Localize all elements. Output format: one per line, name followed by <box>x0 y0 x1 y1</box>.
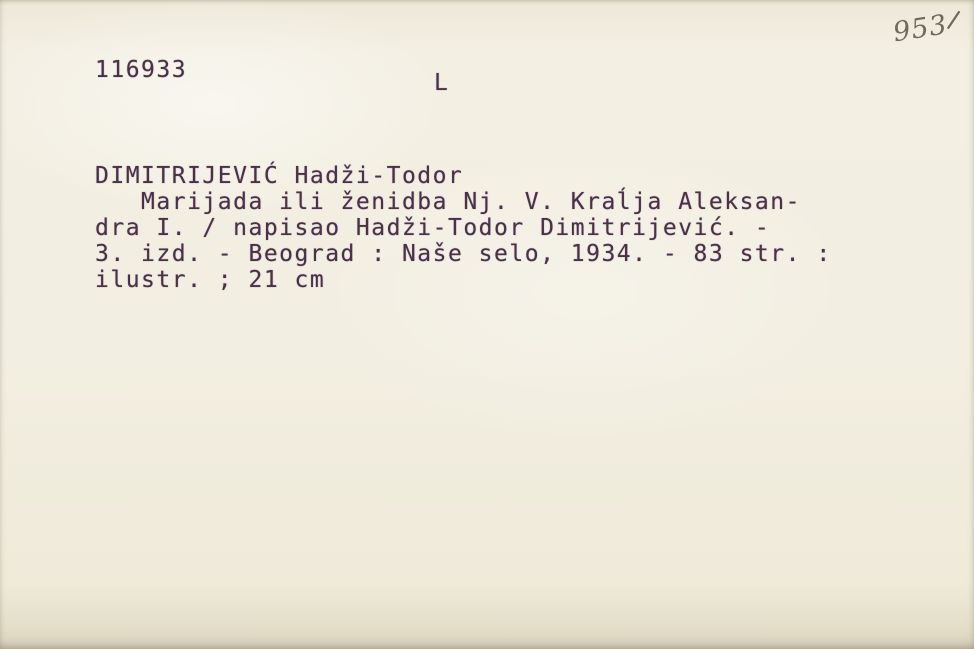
entry-line-title: Marijada ili ženidba Nj. V. Kraĺja Aleks… <box>95 189 832 215</box>
handwritten-number: 953 <box>891 7 966 49</box>
entry-line-heading: DIMITRIJEVIĆ Hadži-Todor <box>95 163 832 189</box>
entry-line-statement: dra I. / napisao Hadži-Todor Dimitrijevi… <box>95 215 832 241</box>
call-number: 116933 <box>95 57 187 83</box>
classification-letter: L <box>434 70 449 96</box>
handwritten-number-text: 953 <box>891 9 950 48</box>
catalog-card: 116933 L 953 DIMITRIJEVIĆ Hadži-Todor Ma… <box>0 0 974 649</box>
entry-line-publication: 3. izd. - Beograd : Naše selo, 1934. - 8… <box>95 241 832 267</box>
pencil-tick-icon <box>943 8 964 31</box>
entry-line-physical: ilustr. ; 21 cm <box>95 267 832 293</box>
bibliographic-entry: DIMITRIJEVIĆ Hadži-Todor Marijada ili že… <box>95 163 832 293</box>
